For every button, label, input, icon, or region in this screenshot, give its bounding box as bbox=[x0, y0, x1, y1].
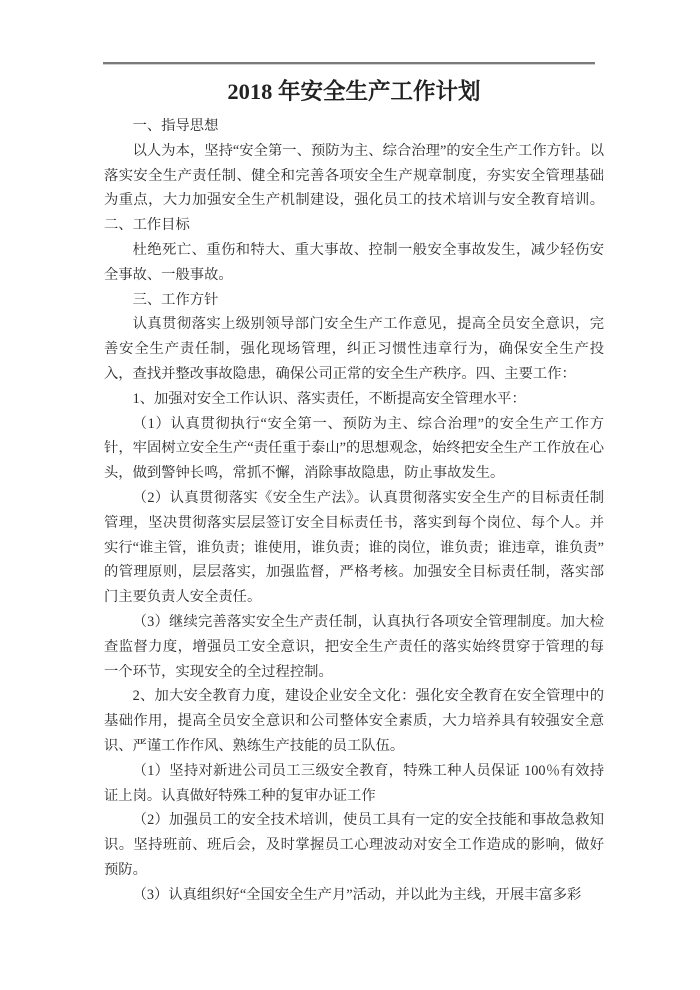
paragraph: （3）认真组织好“全国安全生产月”活动，并以此为主线，开展丰富多彩 bbox=[104, 883, 604, 908]
paragraph: （3）继续完善落实安全生产责任制，认真执行各项安全管理制度。加大检查监督力度，增… bbox=[104, 610, 604, 684]
paragraph: （1）认真贯彻执行“安全第一、预防为主、综合治理”的安全生产工作方针，牢固树立安… bbox=[104, 412, 604, 486]
paragraph: （1）坚持对新进公司员工三级安全教育，特殊工种人员保证 100％有效持证上岗。认… bbox=[104, 759, 604, 809]
header-rule bbox=[103, 62, 595, 64]
paragraph: 以人为本，坚持“安全第一、预防为主、综合治理”的安全生产工作方针。以落实安全生产… bbox=[104, 139, 604, 238]
document-title: 2018 年安全生产工作计划 bbox=[104, 78, 604, 106]
paragraph: （2）加强员工的安全技术培训，使员工具有一定的安全技能和事故急救知识。坚持班前、… bbox=[104, 808, 604, 882]
paragraph: 2、加大安全教育力度，建设企业安全文化：强化安全教育在安全管理中的基础作用，提高… bbox=[104, 684, 604, 758]
paragraph: （2）认真贯彻落实《安全生产法》。认真贯彻落实安全生产的目标责任制管理，坚决贯彻… bbox=[104, 486, 604, 610]
paragraph-heading-1: 一、指导思想 bbox=[104, 114, 604, 139]
paragraph-heading-3: 三、工作方针 bbox=[104, 288, 604, 313]
document-page: 2018 年安全生产工作计划 一、指导思想 以人为本，坚持“安全第一、预防为主、… bbox=[0, 0, 700, 990]
paragraph: 杜绝死亡、重伤和特大、重大事故、控制一般安全事故发生，减少轻伤安全事故、一般事故… bbox=[104, 238, 604, 288]
paragraph: 1、加强对安全工作认识、落实责任，不断提高安全管理水平： bbox=[104, 387, 604, 412]
document-body: 2018 年安全生产工作计划 一、指导思想 以人为本，坚持“安全第一、预防为主、… bbox=[104, 78, 604, 908]
paragraph: 认真贯彻落实上级别领导部门安全生产工作意见，提高全员安全意识，完善安全生产责任制… bbox=[104, 312, 604, 386]
